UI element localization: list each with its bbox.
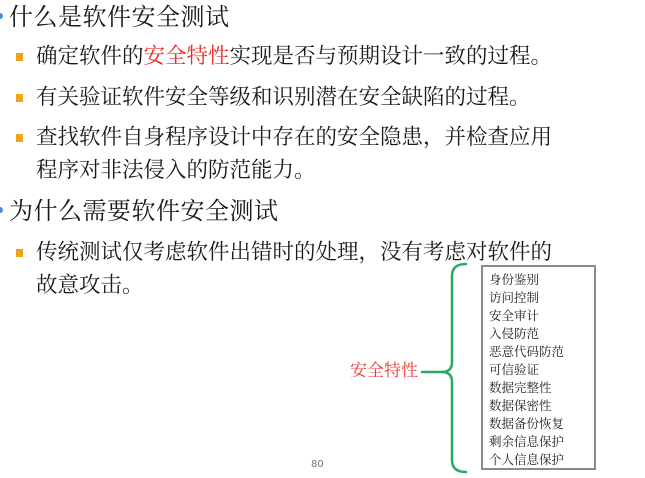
highlight-security-features: 安全特性 — [144, 44, 230, 69]
feature-item: 身份鉴别 — [489, 271, 594, 289]
bullet-square-icon — [16, 249, 23, 257]
bullet-dot-icon — [0, 207, 3, 213]
feature-item: 恶意代码防范 — [489, 343, 594, 361]
feature-item: 可信验证 — [489, 361, 594, 379]
feature-item: 数据备份恢复 — [489, 415, 594, 433]
feature-item: 个人信息保护 — [489, 451, 594, 469]
feature-item: 安全审计 — [489, 307, 594, 325]
feature-item: 数据保密性 — [489, 397, 594, 415]
bullet-square-icon — [16, 94, 23, 102]
feature-item: 剩余信息保护 — [489, 433, 594, 451]
feature-item: 入侵防范 — [489, 325, 594, 343]
bullet-square-icon — [16, 134, 23, 142]
page-number: 80 — [311, 459, 324, 470]
feature-item: 访问控制 — [489, 289, 594, 307]
bullet-dot-icon — [0, 13, 3, 19]
feature-item: 数据完整性 — [489, 379, 594, 397]
curly-brace-icon — [418, 262, 468, 474]
security-features-box: 身份鉴别 访问控制 安全审计 入侵防范 恶意代码防范 可信验证 数据完整性 数据… — [481, 265, 596, 470]
diagram-label: 安全特性 — [350, 360, 418, 382]
bullet-square-icon — [16, 53, 23, 61]
